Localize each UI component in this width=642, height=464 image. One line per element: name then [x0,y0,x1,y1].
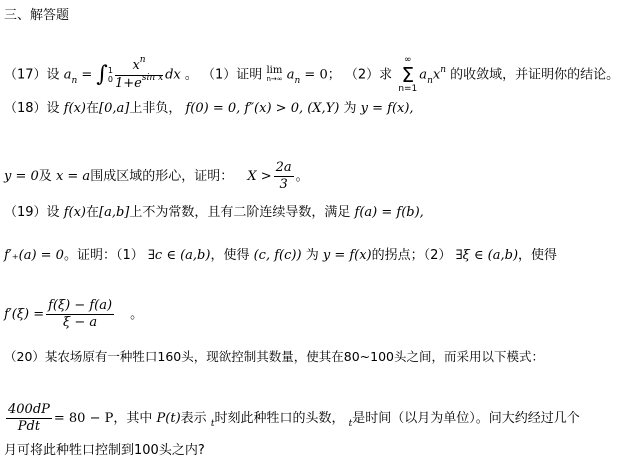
q17-part2: （2）求 [345,68,392,83]
q19-lhs: f′(ξ) = [4,307,44,322]
question-19-line2: f′₊(a) = 0。证明：（1） ∃c ∈ (a,b)，使得 (c, f(c)… [4,248,557,264]
q19-curve: y = f(x) [323,248,372,263]
q17-label: （17）设 [4,68,60,83]
q19-label: （19）设 [4,205,60,220]
q17-fraction: xn1+esin x [115,58,163,93]
q20-text3: 是时间（以月为单位）。问大约经过几个 [352,411,580,426]
q19-cond: f(a) = f(b), [355,205,424,220]
q19-fx: f(x) [64,205,86,220]
q17-sum-a: a [419,68,427,83]
q18-and: 及 [39,169,52,184]
q19-fraction: f(ξ) − f(a)ξ − a [46,298,114,331]
q20-text2: 时刻此种牲口的头数， [214,411,344,426]
q18-is: 为 [343,101,356,116]
q19-inflection: 的拐点；（2） [372,248,452,263]
q17-sum-sub: n [427,76,433,86]
q20-where: ，其中 [113,411,152,426]
q18-curve: y = f(x), [361,101,414,116]
summation: ∞Σn=1 [398,56,417,94]
q19-interval: [a,b] [99,205,129,220]
question-18-line2: y = 0及 x = a围成区域的形心，证明： X >2a3。 [4,160,309,193]
q19-period: 。 [130,307,143,322]
q17-lim-sub: n [295,76,301,86]
q17-semicolon: ； [328,68,341,83]
q17-lim-eq: = 0 [300,68,327,83]
q18-interval: [0,a] [99,101,129,116]
q19-such-that2: ，使得 [518,248,557,263]
q17-period: 。 [185,68,198,83]
q20-rhs: = 80 − P [54,411,113,426]
question-19-line1: （19）设 f(x)在[a,b]上不为常数，且有二阶连续导数，满足 f(a) =… [4,205,424,221]
q17-lim-expr: a [287,68,295,83]
q17-tail: 的收敛域，并证明你的结论。 [450,68,619,83]
q18-region: 围成区域的形心，证明： [90,169,233,184]
q19-text1: 上不为常数，且有二阶连续导数，满足 [129,205,350,220]
question-20-line2: 400dPPdt= 80 − P，其中 P(t)表示 t时刻此种牲口的头数， t… [4,402,580,435]
q20-t: t [211,419,215,429]
q18-ineq: X > [247,169,271,184]
q17-sum-sup: n [440,65,446,75]
q18-xa: x = a [56,169,90,184]
q18-cond: f(0) = 0, f″(x) > 0, (X,Y) [185,101,339,116]
q18-fx: f(x) [64,101,86,116]
q17-eq: = [77,68,96,83]
q17-dx: dx [165,68,181,83]
q17-an-sub: n [71,76,77,86]
section-title: 三、解答题 [4,8,69,24]
q17-part1: （1）证明 [202,68,262,83]
question-20-line1: （20）某农场原有一种牲口160头，现欲控制其数量，使其在80~100头之间，而… [4,349,544,365]
q18-period: 。 [296,169,309,184]
integral-limits: 10 [108,66,113,84]
question-20-line3: 月可将此种牲口控制到100头之内? [4,443,205,459]
q19-is: 为 [306,248,319,263]
q18-label: （18）设 [4,101,60,116]
q20-pt: P(t) [157,411,181,426]
q18-nonneg: 上非负， [129,101,181,116]
q18-in: 在 [86,101,99,116]
q19-in: 在 [86,205,99,220]
limit: limn→∞ [266,66,282,84]
q20-text1: 表示 [181,411,207,426]
q19-deriv-cond: f′₊(a) = 0 [4,248,64,263]
q18-fraction: 2a3 [274,160,294,193]
q20-fraction: 400dPPdt [6,402,52,435]
q20-t2: t [349,419,353,429]
integral-sign: ∫ [96,62,107,87]
q18-y0: y = 0 [4,169,39,184]
q19-proof: 。证明：（1） [64,248,144,263]
q19-exists-xi: ∃ξ ∈ (a,b) [456,248,518,263]
q19-exists-c: ∃c ∈ (a,b) [148,248,211,263]
q19-such-that: ，使得 [210,248,249,263]
q19-point: (c, f(c)) [254,248,302,263]
question-19-line3: f′(ξ) =f(ξ) − f(a)ξ − a。 [4,298,143,331]
question-18-line1: （18）设 f(x)在[0,a]上非负， f(0) = 0, f″(x) > 0… [4,101,414,117]
question-17: （17）设 an = ∫10xn1+esin xdx 。 （1）证明 limn→… [4,56,619,94]
